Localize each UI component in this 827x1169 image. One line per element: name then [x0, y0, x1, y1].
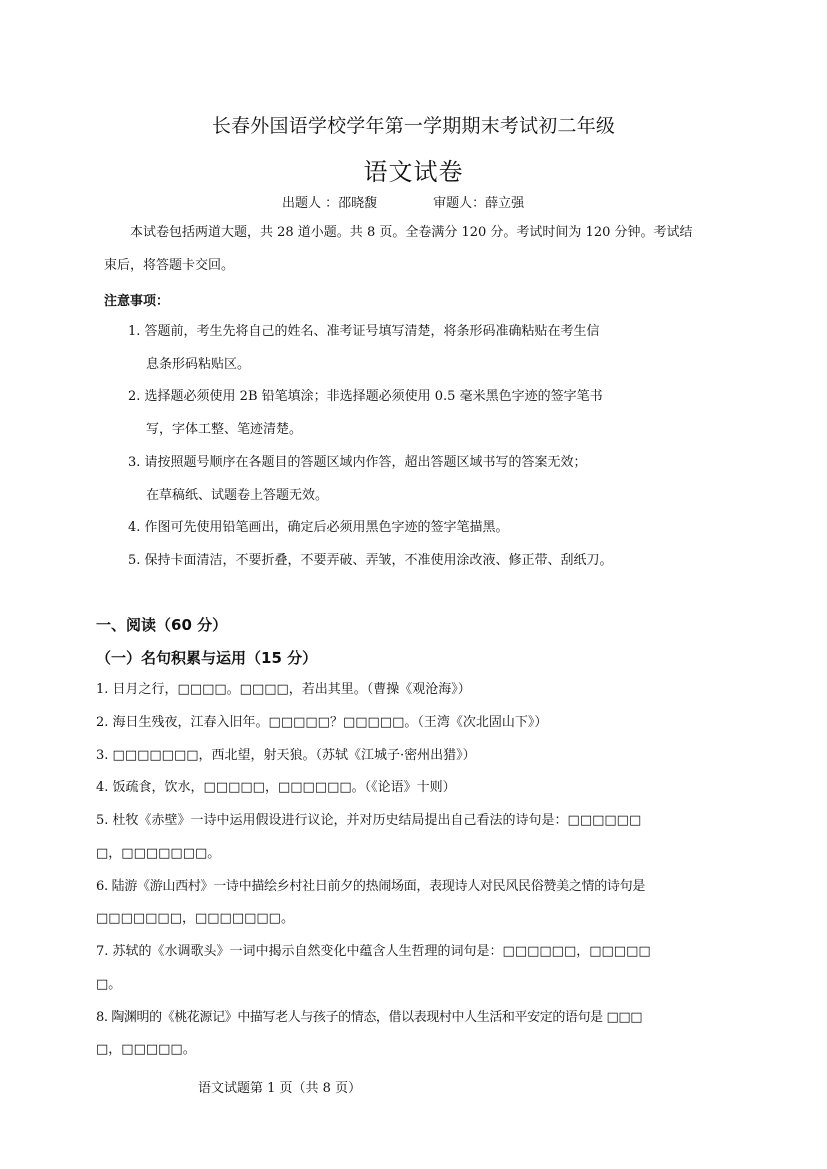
- question-7-cont: □。: [96, 968, 121, 1001]
- notice-item-2-cont: 写，字体工整、笔迹清楚。: [146, 413, 302, 446]
- question-5-cont: □，□□□□□□□。: [96, 837, 220, 870]
- notice-item-1-cont: 息条形码粘贴区。: [146, 348, 250, 381]
- notice-item-1: 1. 答题前，考生先将自己的姓名、准考证号填写清楚，将条形码准确粘贴在考生信: [128, 315, 600, 348]
- notice-item-3-cont: 在草稿纸、试题卷上答题无效。: [146, 479, 328, 512]
- notice-item-3: 3. 请按照题号顺序在各题目的答题区域内作答，超出答题区域书写的答案无效；: [128, 446, 587, 479]
- notice-text: 答题前，考生先将自己的姓名、准考证号填写清楚，将条形码准确粘贴在考生信: [145, 324, 600, 339]
- notice-label: 注意事项：: [104, 290, 169, 309]
- notice-text: 请按照题号顺序在各题目的答题区域内作答，超出答题区域书写的答案无效；: [145, 455, 587, 470]
- exam-title: 长春外国语学校学年第一学期期末考试初二年级: [0, 111, 827, 138]
- question-1: 1. 日月之行，□□□□。□□□□，若出其里。（曹操《观沧海》）: [96, 673, 471, 706]
- page-footer: 语文试题第 1 页（共 8 页）: [198, 1077, 361, 1096]
- question-8: 8. 陶渊明的《桃花源记》中描写老人与孩子的情态，借以表现村中人生活和平安定的语…: [96, 1001, 642, 1034]
- notice-number: 1.: [128, 324, 140, 339]
- question-6-cont: □□□□□□□，□□□□□□□。: [96, 902, 294, 935]
- question-4: 4. 饭疏食，饮水，□□□□□，□□□□□□。（《论语》十则）: [96, 771, 456, 804]
- question-2: 2. 海日生残夜，江春入旧年。□□□□□？□□□□□。（王湾《次北固山下》）: [96, 706, 547, 739]
- question-5: 5. 杜牧《赤壁》一诗中运用假设进行议论，并对历史结局提出自己看法的诗句是：□□…: [96, 804, 641, 837]
- question-8-cont: □，□□□□□。: [96, 1033, 196, 1066]
- subsection-heading: （一）名句积累与运用（15 分）: [96, 647, 317, 668]
- reviewer-label: 审题人：薛立强: [433, 196, 524, 211]
- section-heading: 一、阅读（60 分）: [96, 614, 227, 635]
- question-3: 3. □□□□□□□，西北望，射天狼。（苏轼《江城子·密州出猎》）: [96, 739, 476, 772]
- intro-line-1: 本试卷包括两道大题，共 28 道小题。共 8 页。全卷满分 120 分。考试时间…: [130, 216, 693, 249]
- notice-item-5: 5. 保持卡面清洁，不要折叠，不要弄破、弄皱，不准使用涂改液、修正带、刮纸刀。: [128, 544, 613, 577]
- author-label: 出题人 ：邵晓馥: [282, 196, 377, 211]
- question-7: 7. 苏轼的《水调歌头》一词中揭示自然变化中蕴含人生哲理的词句是：□□□□□□，…: [96, 935, 651, 968]
- exam-subject-title: 语文试卷: [0, 152, 827, 187]
- notice-text: 选择题必须使用 2B 铅笔填涂；非选择题必须使用 0.5 毫米黑色字迹的签字笔书: [145, 389, 603, 404]
- question-6: 6. 陆游《游山西村》一诗中描绘乡村社日前夕的热闹场面，表现诗人对民风民俗赞美之…: [96, 870, 645, 903]
- notice-item-2: 2. 选择题必须使用 2B 铅笔填涂；非选择题必须使用 0.5 毫米黑色字迹的签…: [128, 380, 603, 413]
- notice-number: 3.: [128, 455, 140, 470]
- notice-number: 5.: [128, 553, 140, 568]
- notice-text: 作图可先使用铅笔画出，确定后必须用黑色字迹的签字笔描黑。: [145, 520, 509, 535]
- notice-text: 保持卡面清洁，不要折叠，不要弄破、弄皱，不准使用涂改液、修正带、刮纸刀。: [145, 553, 613, 568]
- intro-line-2: 束后，将答题卡交回。: [104, 249, 234, 282]
- notice-item-4: 4. 作图可先使用铅笔画出，确定后必须用黑色字迹的签字笔描黑。: [128, 511, 509, 544]
- notice-number: 2.: [128, 389, 140, 404]
- notice-number: 4.: [128, 520, 140, 535]
- authors-line: 出题人 ：邵晓馥审题人：薛立强: [282, 192, 524, 211]
